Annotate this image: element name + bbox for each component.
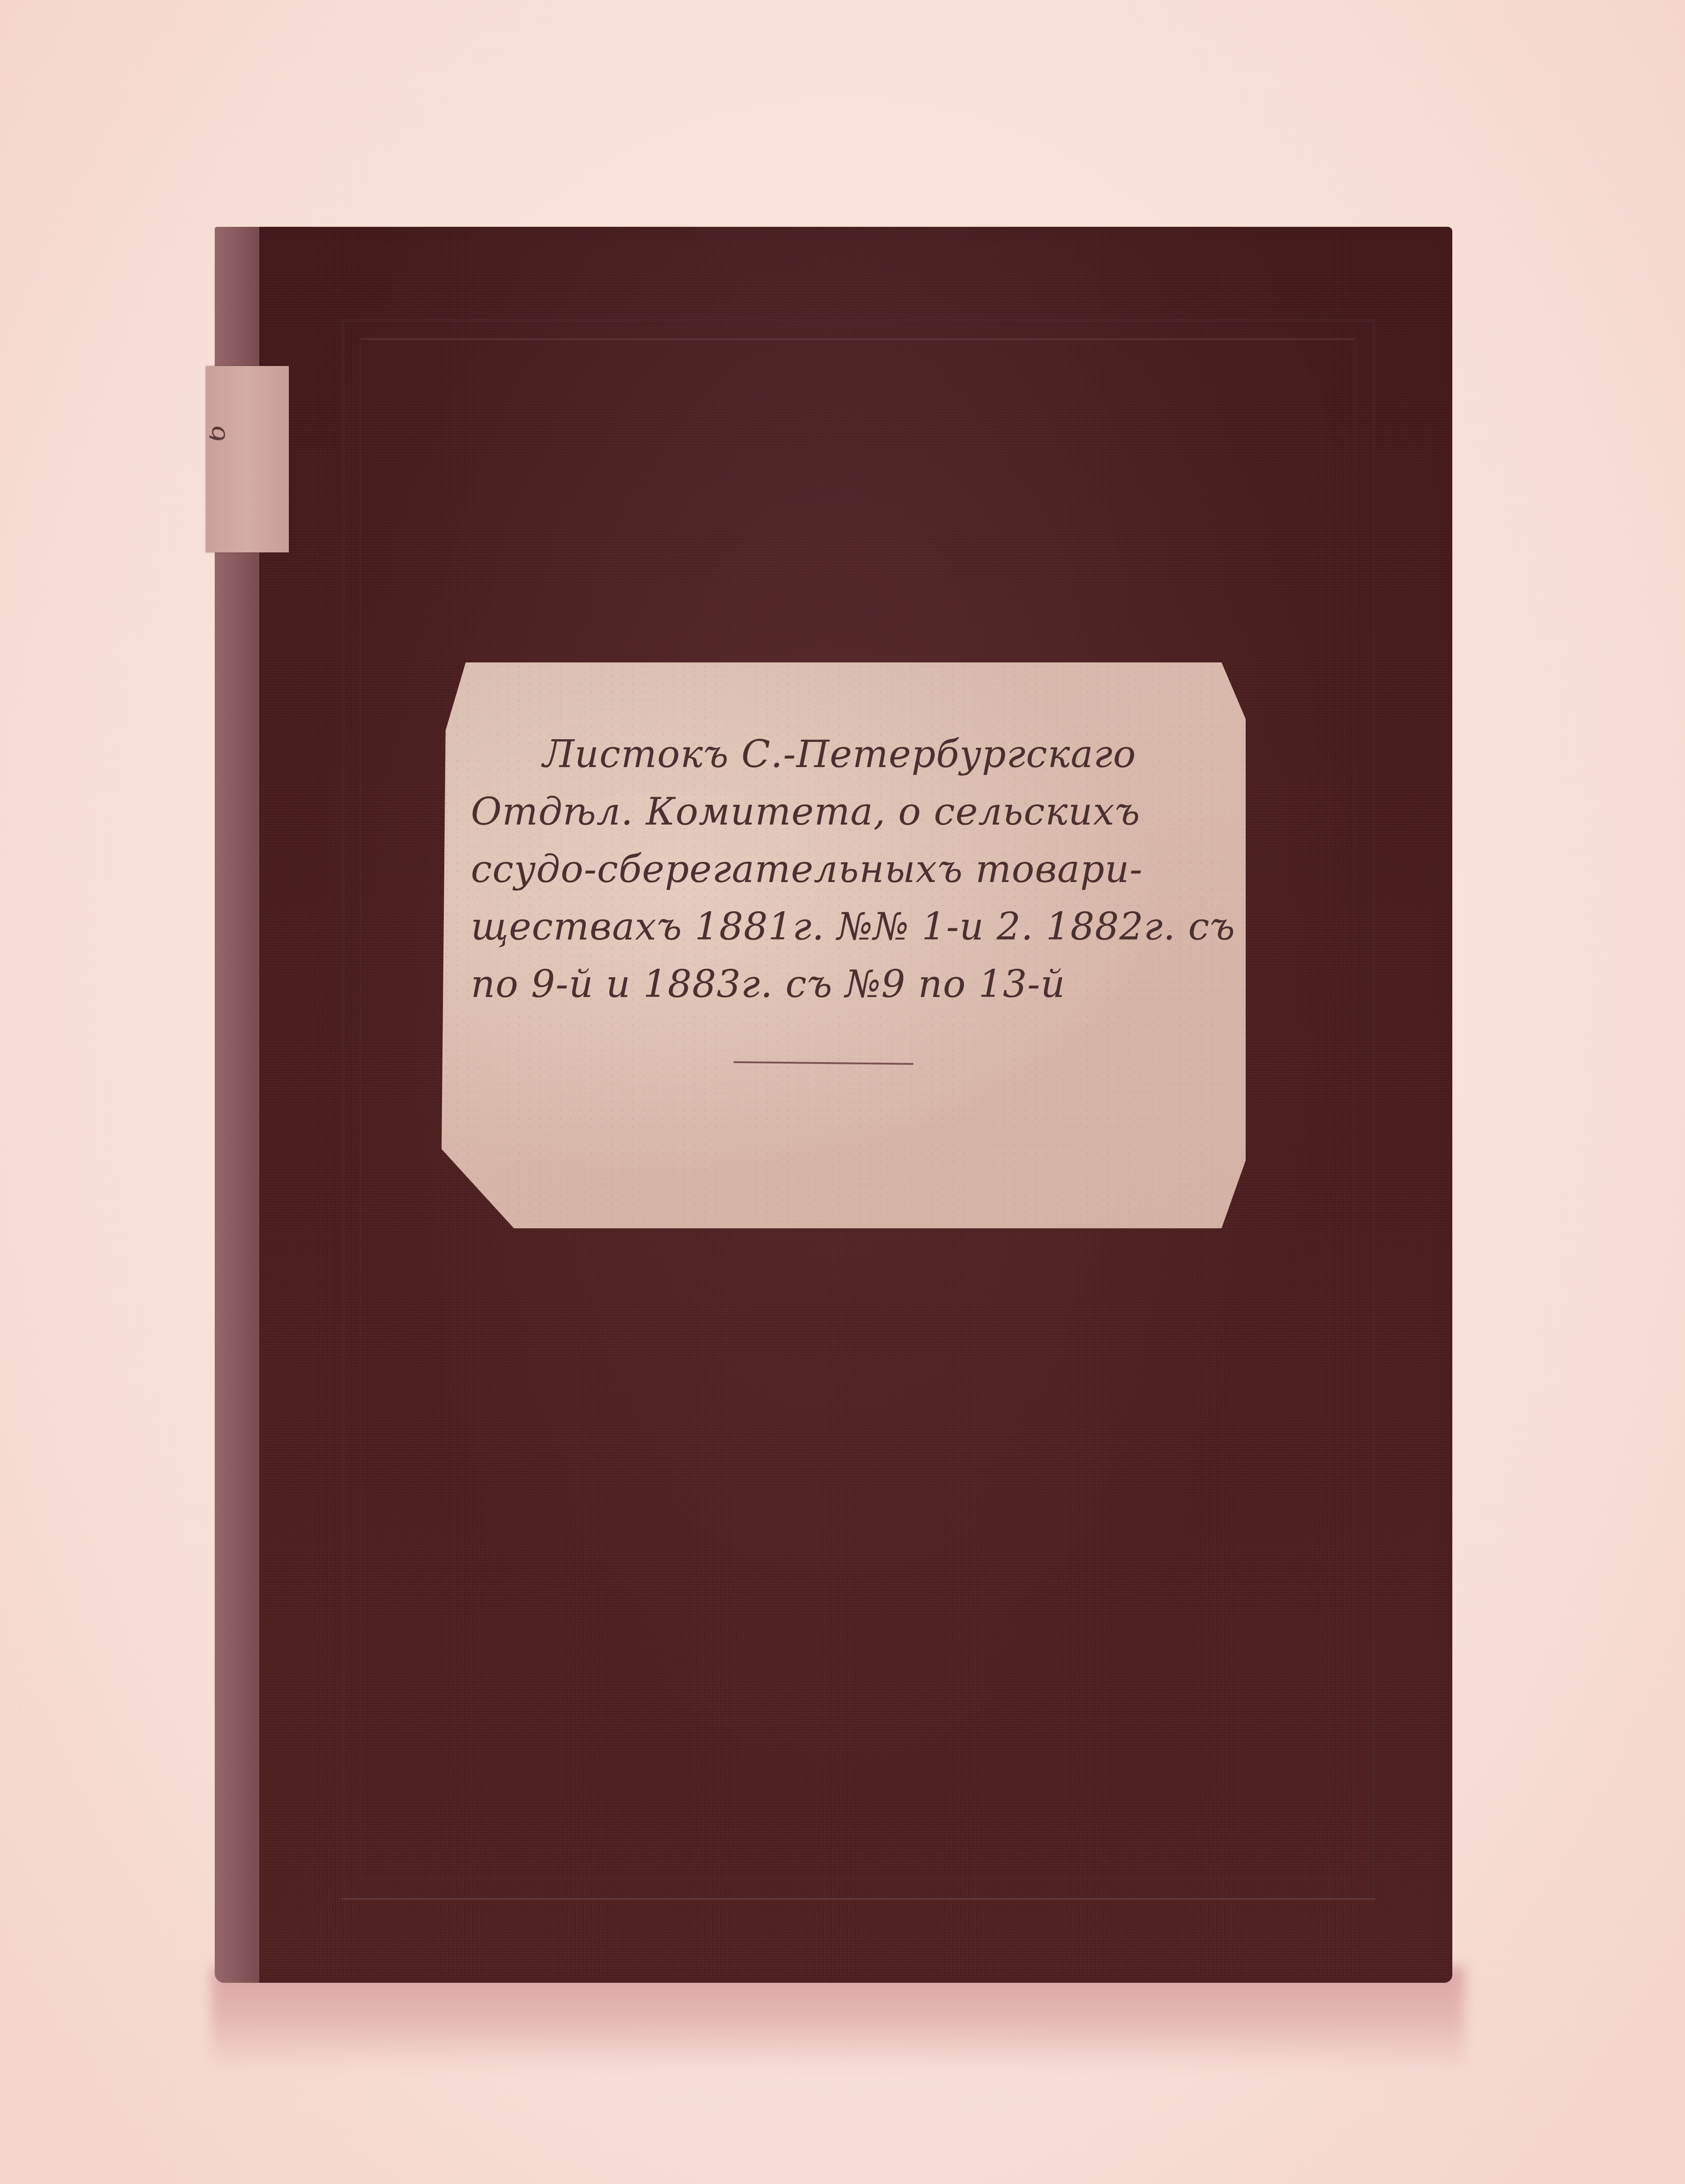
cover-paper-label: Листокъ С.-Петербургскаго Отдѣл. Комитет… xyxy=(442,662,1246,1228)
spine-label: 9. xyxy=(206,366,289,552)
label-line-3: ссудо-сберегательныхъ товари- xyxy=(471,840,1225,898)
label-handwriting: Листокъ С.-Петербургскаго Отдѣл. Комитет… xyxy=(471,725,1225,1013)
label-underline-rule xyxy=(734,1061,913,1065)
label-line-2: Отдѣл. Комитета, о сельскихъ xyxy=(471,783,1225,840)
label-line-5: по 9-й и 1883г. съ №9 по 13-й xyxy=(471,955,1225,1013)
label-line-1: Листокъ С.-Петербургскаго xyxy=(471,725,1225,783)
spine-label-text: 9. xyxy=(209,424,227,510)
label-line-4: ществахъ 1881г. №№ 1-и 2. 1882г. съ №3 xyxy=(471,898,1225,955)
book-cover: 9. Листокъ С.-Петербургскаго Отдѣл. Коми… xyxy=(215,227,1452,1983)
